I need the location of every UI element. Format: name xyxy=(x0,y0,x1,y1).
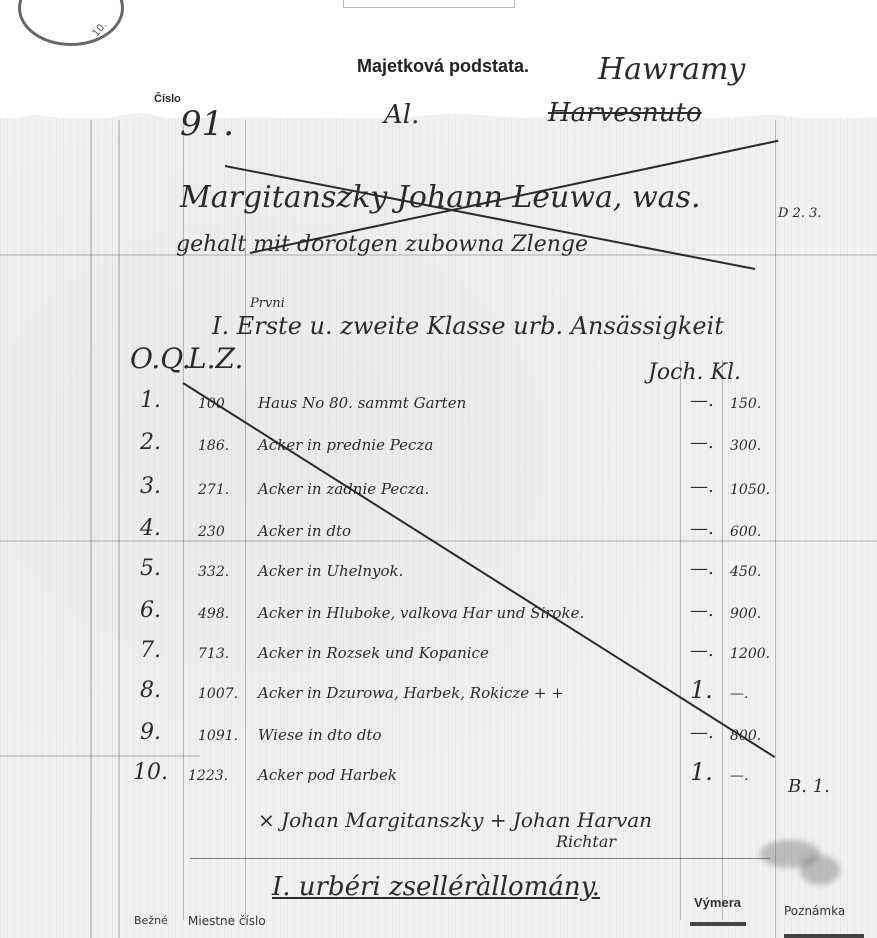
row-lot: 1091. xyxy=(198,728,238,744)
row-lot: 713. xyxy=(198,646,229,662)
signature-rule xyxy=(190,858,770,859)
next-section-heading: I. urbéri zselléràllomány. xyxy=(272,872,600,902)
section-heading: I. Erste u. zweite Klasse urb. Ansässigk… xyxy=(212,312,724,340)
column-label-poznamka: Poznámka xyxy=(784,904,845,918)
number-label: Číslo xyxy=(154,93,181,105)
row-lot: 1223. xyxy=(188,768,228,784)
row-klafter: 300. xyxy=(730,438,761,454)
owner-line-struck: Margitanszky Johann Leuwa, was. xyxy=(180,180,700,215)
row-joch: —. xyxy=(690,600,714,621)
row-joch: —. xyxy=(690,390,714,411)
header-mark: Al. xyxy=(384,100,419,130)
entry-number: 91. xyxy=(180,104,234,144)
row-lot: 186. xyxy=(198,438,229,454)
row-description: Wiese in dto dto xyxy=(258,726,382,744)
row-klafter: 1050. xyxy=(730,482,770,498)
row-description: Acker in Rozsek und Kopanice xyxy=(258,644,489,662)
row-lot: 271. xyxy=(198,482,229,498)
row-joch: —. xyxy=(690,722,714,743)
unit-header: Joch. Kl. xyxy=(648,360,741,385)
printed-title: Majetková podstata. xyxy=(357,56,529,77)
row-klafter: 450. xyxy=(730,564,761,580)
row-lot: 230 xyxy=(198,524,225,540)
row-klafter: —. xyxy=(730,686,748,702)
column-header-lz: L.Z. xyxy=(188,342,243,375)
row-index: 1. xyxy=(140,388,161,413)
table-row: 3. 271. Acker in zadnie Pecza. —. 1050. xyxy=(0,474,877,510)
round-stamp-icon xyxy=(18,0,124,46)
table-row: 1. 100 Haus No 80. sammt Garten —. 150. xyxy=(0,388,877,424)
table-row: 4. 230 Acker in dto —. 600. xyxy=(0,516,877,552)
table-row: 5. 332. Acker in Uhelnyok. —. 450. xyxy=(0,556,877,592)
top-label-box xyxy=(343,0,515,8)
margin-annotation: O.Q. xyxy=(130,342,191,375)
row-note: B. 1. xyxy=(788,776,830,797)
column-label-miestne: Miestne číslo xyxy=(188,914,266,928)
column-rule xyxy=(690,922,746,926)
row-lot: 100 xyxy=(198,396,225,412)
column-label-vymera: Výmera xyxy=(694,895,741,910)
place-name: Hawramy xyxy=(598,52,745,87)
column-label-bezne: Bežné xyxy=(134,914,168,927)
owner-margin-ref: D 2. 3. xyxy=(778,206,822,221)
row-index: 10. xyxy=(133,760,168,785)
row-joch: —. xyxy=(690,640,714,661)
row-index: 6. xyxy=(140,598,161,623)
row-description: Acker pod Harbek xyxy=(258,766,397,784)
row-klafter: 1200. xyxy=(730,646,770,662)
row-index: 5. xyxy=(140,556,161,581)
row-joch: —. xyxy=(690,558,714,579)
table-row: 8. 1007. Acker in Dzurowa, Harbek, Rokic… xyxy=(0,678,877,714)
owner-line-struck: gehalt mit dorotgen zubowna Zlenge xyxy=(176,232,588,257)
row-joch: —. xyxy=(690,432,714,453)
signature-line: × Johan Margitanszky + Johan Harvan xyxy=(258,808,652,832)
row-description: Acker in dto xyxy=(258,522,351,540)
row-description: Acker in Dzurowa, Harbek, Rokicze + + xyxy=(258,684,564,702)
row-joch: 1. xyxy=(690,676,713,704)
heading-annotation: Prvni xyxy=(250,296,285,311)
place-name-struck: Harvesnuto xyxy=(548,98,702,128)
row-joch: —. xyxy=(690,518,714,539)
row-klafter: —. xyxy=(730,768,748,784)
row-klafter: 900. xyxy=(730,606,761,622)
row-klafter: 150. xyxy=(730,396,761,412)
row-lot: 332. xyxy=(198,564,229,580)
row-index: 2. xyxy=(140,430,161,455)
row-joch: —. xyxy=(690,476,714,497)
row-index: 7. xyxy=(140,638,161,663)
row-lot: 1007. xyxy=(198,686,238,702)
table-row: 7. 713. Acker in Rozsek und Kopanice —. … xyxy=(0,638,877,674)
signature-title: Richtar xyxy=(556,832,616,851)
row-index: 3. xyxy=(140,474,161,499)
row-lot: 498. xyxy=(198,606,229,622)
table-row: 10. 1223. Acker pod Harbek 1. —. B. 1. xyxy=(0,760,877,796)
row-index: 9. xyxy=(140,720,161,745)
row-joch: 1. xyxy=(690,758,713,786)
table-row: 6. 498. Acker in Hluboke, valkova Har un… xyxy=(0,598,877,634)
row-index: 8. xyxy=(140,678,161,703)
row-description: Acker in Uhelnyok. xyxy=(258,562,403,580)
ink-smudge xyxy=(800,855,840,885)
row-klafter: 600. xyxy=(730,524,761,540)
column-rule xyxy=(784,934,864,938)
table-row: 2. 186. Acker in prednie Pecza —. 300. xyxy=(0,430,877,466)
row-index: 4. xyxy=(140,516,161,541)
row-description: Haus No 80. sammt Garten xyxy=(258,394,466,412)
